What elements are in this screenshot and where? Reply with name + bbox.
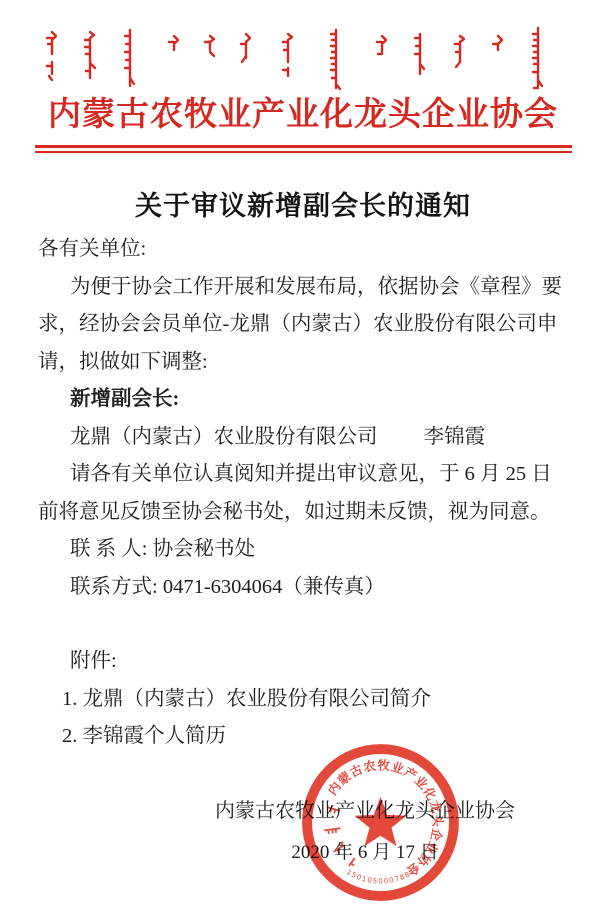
- mongolian-word-glyph: [415, 34, 424, 74]
- mongolian-word-glyph: [85, 32, 95, 78]
- mongolian-word-glyph: [331, 30, 340, 89]
- mongolian-script-row: [38, 26, 568, 94]
- letterhead-double-rule: [35, 145, 572, 153]
- seal-serial-number: 15010500078878: [345, 863, 422, 885]
- salutation: 各有关单位:: [38, 231, 570, 269]
- document-title: 关于审议新增副会长的通知: [0, 184, 606, 223]
- document-body: 各有关单位: 为便于协会工作开展和发展布局，依据协会《章程》要 求，经协会会员单…: [38, 231, 570, 756]
- attachment-item: 1. 龙鼎（内蒙古）农业股份有限公司简介: [38, 681, 570, 719]
- paragraph-line: 为便于协会工作开展和发展布局，依据协会《章程》要: [38, 269, 570, 307]
- signature-date: 2020 年 6 月 17 日: [200, 837, 530, 864]
- appointment-line: 龙鼎（内蒙古）农业股份有限公司 李锦霞: [38, 419, 570, 457]
- mongolian-word-glyph: [125, 30, 134, 86]
- signature-block: 内蒙古农牧业产业化龙头企业协会 2020 年 6 月 17 日: [200, 794, 530, 864]
- paragraph-line: 请，拟做如下调整:: [38, 344, 570, 382]
- paragraph-line: 请各有关单位认真阅知并提出审议意见，于 6 月 25 日: [38, 456, 570, 494]
- document-page: 内蒙古农牧业产业化龙头企业协会 关于审议新增副会长的通知 各有关单位: 为便于协…: [0, 0, 606, 921]
- mongolian-word-glyph: [533, 28, 542, 88]
- mongolian-word-glyph: [47, 32, 56, 80]
- letterhead-org-name: 内蒙古农牧业产业化龙头企业协会: [0, 88, 606, 135]
- mongolian-word-glyph: [493, 36, 502, 50]
- signature-org-name: 内蒙古农牧业产业化龙头企业协会: [200, 794, 530, 823]
- contact-method: 联系方式: 0471-6304064（兼传真）: [38, 569, 570, 607]
- paragraph-line: 求，经协会会员单位-龙鼎（内蒙古）农业股份有限公司申: [38, 306, 570, 344]
- attachments-label: 附件:: [38, 643, 570, 681]
- mongolian-word-glyph: [455, 36, 464, 67]
- paragraph-line: 前将意见反馈至协会秘书处，如过期未反馈，视为同意。: [38, 494, 570, 532]
- mongolian-word-glyph: [283, 34, 292, 76]
- mongolian-word-glyph: [241, 34, 250, 62]
- section-heading: 新增副会长:: [38, 381, 570, 419]
- attachment-item: 2. 李锦霞个人简历: [38, 718, 570, 756]
- mongolian-word-glyph: [205, 36, 214, 56]
- contact-person: 联 系 人: 协会秘书处: [38, 531, 570, 569]
- mongolian-word-glyph: [169, 36, 178, 50]
- mongolian-word-glyph: [377, 36, 386, 54]
- svg-text:15010500078878: 15010500078878: [345, 863, 422, 885]
